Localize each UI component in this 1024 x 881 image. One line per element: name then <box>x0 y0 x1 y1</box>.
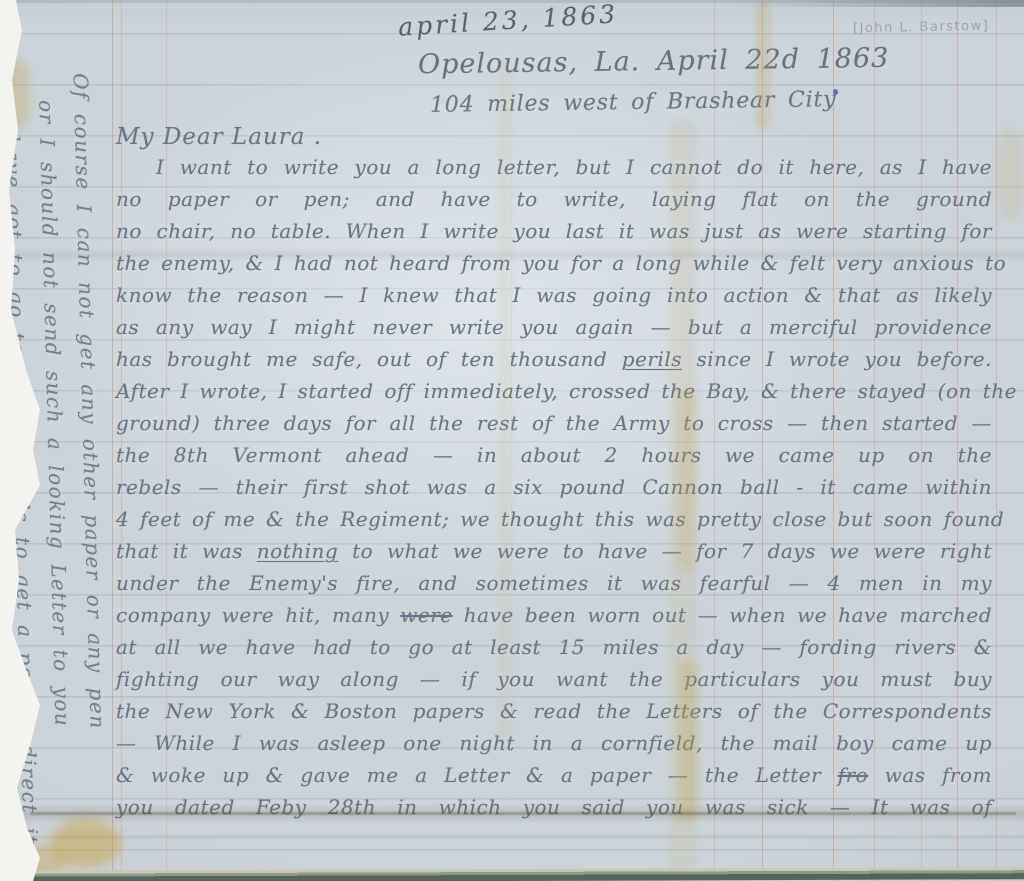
line-text: the enemy, & I had not heard from you fo… <box>116 251 1006 275</box>
scan-top-right-shadow <box>724 0 1024 7</box>
handwritten-line: & woke up & gave me a Letter & a paper —… <box>116 763 992 795</box>
letter-location-note: 104 miles west of Brashear City <box>430 87 837 118</box>
handwritten-line: ground) three days for all the rest of t… <box>116 411 992 443</box>
struck-word: were <box>400 603 452 627</box>
line-text: was from <box>868 763 992 787</box>
handwritten-line: that it was nothing to what we were to h… <box>116 539 992 571</box>
line-text: you dated Feby 28th in which you said yo… <box>116 795 992 819</box>
fold-crease <box>0 834 1024 840</box>
handwritten-line: 4 feet of me & the Regiment; we thought … <box>116 507 992 539</box>
line-text: the New York & Boston papers & read the … <box>116 699 992 723</box>
handwritten-line: the New York & Boston papers & read the … <box>116 699 992 731</box>
handwritten-line: has brought me safe, out of ten thousand… <box>116 347 992 379</box>
handwritten-line: the enemy, & I had not heard from you fo… <box>116 251 992 283</box>
line-text: under the Enemy's fire, and sometimes it… <box>116 571 992 595</box>
line-text: know the reason — I knew that I was goin… <box>116 283 992 307</box>
handwritten-line: at all we have had to go at least 15 mil… <box>116 635 992 667</box>
scan-bottom-edge <box>0 867 1024 881</box>
handwritten-line: company were hit, many were have been wo… <box>116 603 992 635</box>
line-text: at all we have had to go at least 15 mil… <box>116 635 992 659</box>
line-text: After I wrote, I started off immediately… <box>116 379 1017 403</box>
line-text: have been worn out — when we have marche… <box>453 603 992 627</box>
handwritten-line: under the Enemy's fire, and sometimes it… <box>116 571 992 603</box>
line-text: no chair, no table. When I write you las… <box>116 219 992 243</box>
scan-page: { "annotations": { "pencil_date": "april… <box>0 0 1024 881</box>
line-text: 4 feet of me & the Regiment; we thought … <box>116 507 1004 531</box>
line-text: fighting our way along — if you want the… <box>116 667 992 691</box>
line-text: & woke up & gave me a Letter & a paper —… <box>116 763 838 787</box>
line-text: to what we were to have — for 7 days we … <box>338 539 992 563</box>
struck-word: fro <box>838 763 869 787</box>
letter-place-date: Opelousas, La. April 22d 1863 <box>418 43 890 81</box>
line-text: rebels — their first shot was a six poun… <box>116 475 992 499</box>
line-text: — While I was asleep one night in a corn… <box>116 731 992 755</box>
underlined-word: perils <box>622 347 682 371</box>
handwritten-line: no chair, no table. When I write you las… <box>116 219 992 251</box>
handwritten-line: know the reason — I knew that I was goin… <box>116 283 992 315</box>
letter-paper: april 23, 1863 [John L. Barstow] Opelous… <box>0 0 1024 881</box>
line-text: as any way I might never write you again… <box>116 315 992 339</box>
letter-salutation: My Dear Laura . <box>116 124 322 150</box>
line-text: has brought me safe, out of ten thousand <box>116 347 622 371</box>
handwritten-line: fighting our way along — if you want the… <box>116 667 992 699</box>
handwritten-line: the 8th Vermont ahead — in about 2 hours… <box>116 443 992 475</box>
handwritten-line: as any way I might never write you again… <box>116 315 992 347</box>
line-text: since I wrote you before. <box>682 347 992 371</box>
handwritten-line: After I wrote, I started off immediately… <box>116 379 992 411</box>
handwritten-line: you dated Feby 28th in which you said yo… <box>116 795 992 827</box>
ruled-line-vertical <box>996 0 997 881</box>
line-text: that it was <box>116 539 257 563</box>
fold-crease <box>30 812 1016 815</box>
handwritten-line: no paper or pen; and have to write, layi… <box>116 187 992 219</box>
line-text: no paper or pen; and have to write, layi… <box>116 187 992 211</box>
archival-name-annotation: [John L. Barstow] <box>853 19 989 36</box>
handwritten-line: rebels — their first shot was a six poun… <box>116 475 992 507</box>
ink-dot <box>833 89 838 95</box>
line-text: I want to write you a long letter, but I… <box>156 155 992 179</box>
line-text: ground) three days for all the rest of t… <box>116 411 992 435</box>
underlined-word: nothing <box>257 539 338 563</box>
handwritten-line: I want to write you a long letter, but I… <box>116 155 992 187</box>
paper-stain <box>996 130 1024 220</box>
handwritten-line: — While I was asleep one night in a corn… <box>116 731 992 763</box>
letter-body: I want to write you a long letter, but I… <box>116 155 992 827</box>
pencil-date-annotation: april 23, 1863 <box>397 0 618 42</box>
line-text: company were hit, many <box>116 603 400 627</box>
line-text: the 8th Vermont ahead — in about 2 hours… <box>116 443 992 467</box>
